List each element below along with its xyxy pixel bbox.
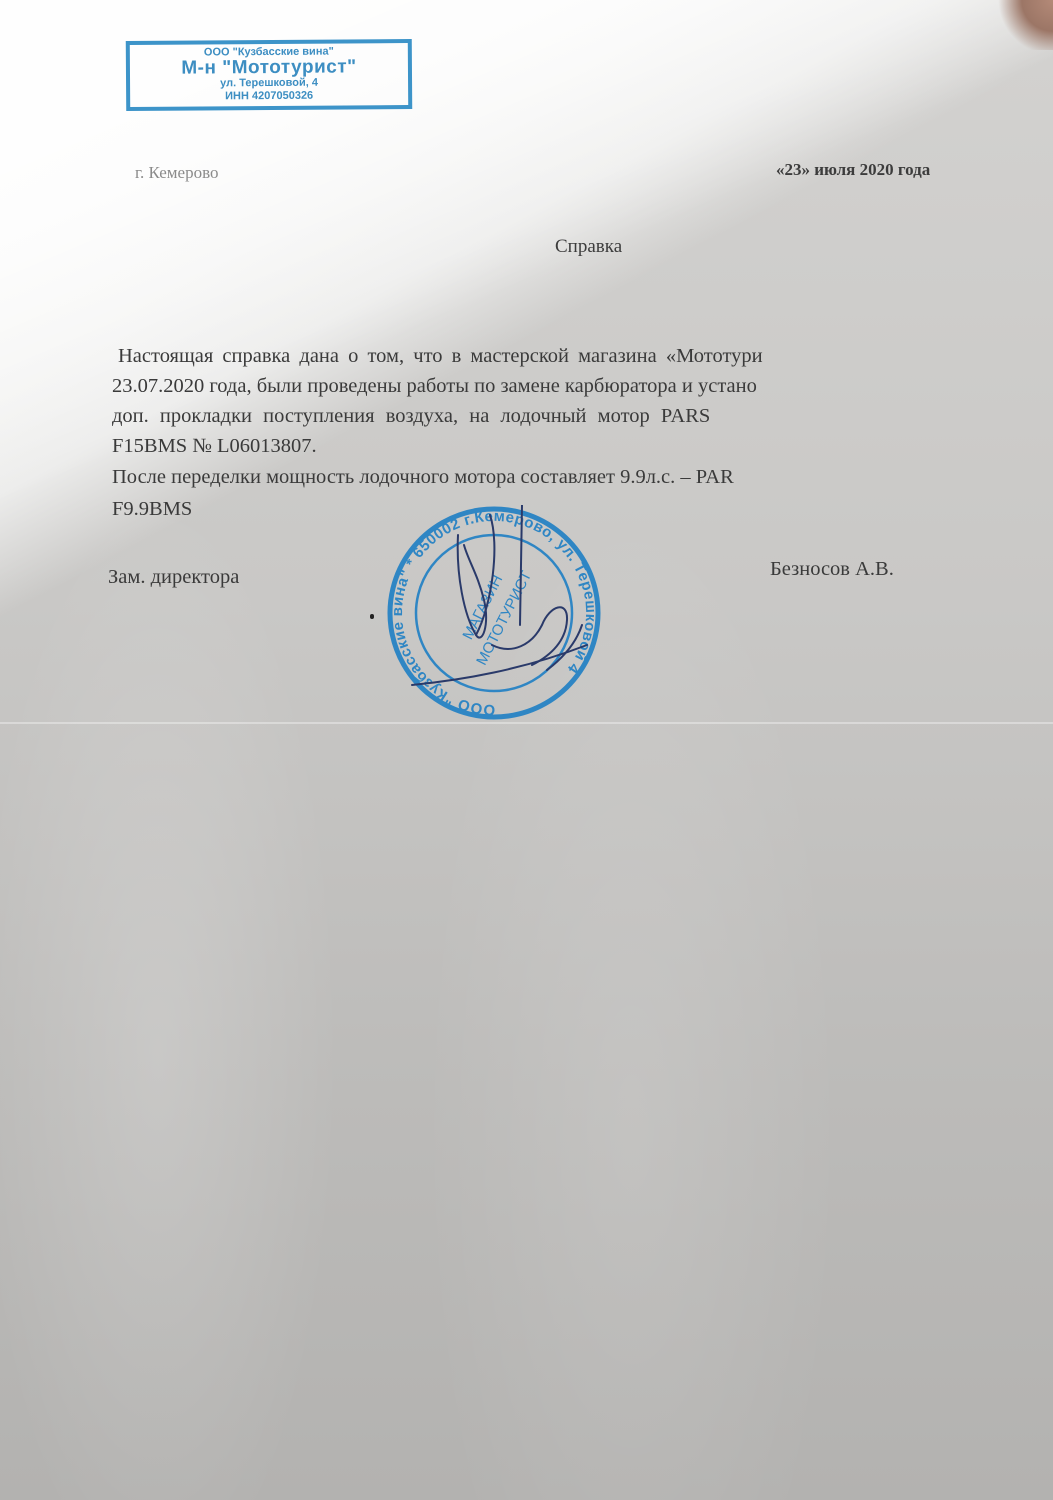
body-line-6: F9.9BMS xyxy=(112,498,192,521)
body-line-1: Настоящая справка дана о том, что в маст… xyxy=(118,345,763,368)
stamp-inn: ИНН 4207050326 xyxy=(130,89,408,103)
body-line-5: После переделки мощность лодочного мотор… xyxy=(112,466,734,489)
document-date: «23» июля 2020 года xyxy=(776,160,930,180)
paper-background xyxy=(0,0,1053,1500)
body-line-4: F15BMS № L06013807. xyxy=(112,435,317,458)
body-line-3: доп. прокладки поступления воздуха, на л… xyxy=(112,405,710,428)
body-line-2: 23.07.2020 года, были проведены работы п… xyxy=(112,375,757,398)
round-seal: ООО "Кузбасские вина" * 650002 г.Кемеров… xyxy=(372,505,617,720)
paper-fold-crease xyxy=(0,722,1053,724)
background-corner xyxy=(993,0,1053,50)
company-header-stamp: ООО "Кузбасские вина" М-н "Мототурист" у… xyxy=(126,39,412,111)
document-city: г. Кемерово xyxy=(135,163,219,183)
document-title: Справка xyxy=(555,236,622,258)
signer-name: Безносов А.В. xyxy=(770,558,894,581)
signature-role: Зам. директора xyxy=(108,566,239,589)
stamp-shop-name: М-н "Мототурист" xyxy=(130,58,408,78)
